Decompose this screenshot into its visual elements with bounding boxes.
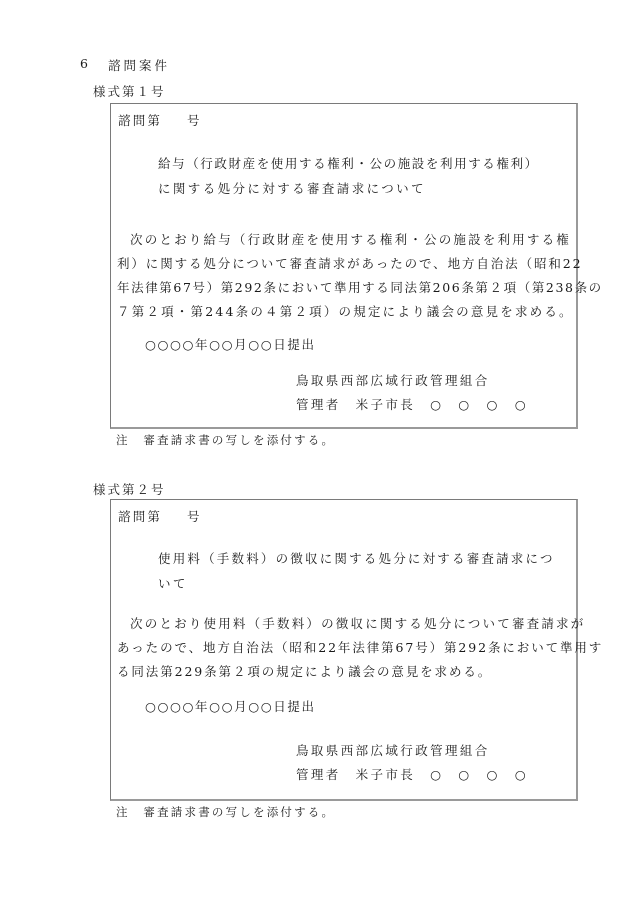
form-1-body-line-4: ７第２項・第244条の４第２項）の規定により議会の意見を求める。 bbox=[117, 302, 574, 320]
form-1-note: 注 審査請求書の写しを添付する。 bbox=[116, 432, 335, 448]
form-1-organization: 鳥取県西部広域行政管理組合 bbox=[296, 371, 490, 389]
form-2-inquiry-prefix: 諮問第 bbox=[118, 507, 162, 525]
form-2-organization: 鳥取県西部広域行政管理組合 bbox=[296, 741, 490, 759]
form-1-label: 様式第１号 bbox=[93, 82, 166, 100]
form-1-date-line: ○○○○年○○月○○日提出 bbox=[145, 335, 316, 353]
form-2-title-line-1: 使用料（手数料）の徴収に関する処分に対する審査請求につ bbox=[158, 549, 555, 567]
form-2-body-line-2: あったので、地方自治法（昭和22年法律第67号）第292条において準用す bbox=[117, 638, 603, 656]
form-1-inquiry-prefix: 諮問第 bbox=[118, 111, 162, 129]
form-2-label: 様式第２号 bbox=[93, 480, 166, 498]
form-2-inquiry-suffix: 号 bbox=[187, 507, 202, 525]
form-1-signatory: 管理者 米子市長 ○ ○ ○ ○ bbox=[296, 395, 528, 413]
form-1-title-line-2: に関する処分に対する審査請求について bbox=[158, 179, 426, 197]
form-1-inquiry-suffix: 号 bbox=[187, 111, 202, 129]
form-1-body-line-3: 年法律第67号）第292条において準用する同法第206条第２項（第238条の bbox=[117, 278, 603, 296]
section-number: 6 bbox=[80, 56, 90, 71]
form-1-body-line-1: 次のとおり給与（行政財産を使用する権利・公の施設を利用する権 bbox=[130, 230, 571, 248]
form-2-note: 注 審査請求書の写しを添付する。 bbox=[116, 804, 335, 820]
form-2-signatory: 管理者 米子市長 ○ ○ ○ ○ bbox=[296, 765, 528, 783]
form-2-body-line-3: る同法第229条第２項の規定により議会の意見を求める。 bbox=[117, 662, 492, 680]
form-2-date-line: ○○○○年○○月○○日提出 bbox=[145, 697, 316, 715]
section-title: 諮問案件 bbox=[108, 56, 170, 74]
form-2-title-line-2: いて bbox=[158, 574, 188, 592]
form-1-title-line-1: 給与（行政財産を使用する権利・公の施設を利用する権利） bbox=[158, 154, 539, 172]
form-2-body-line-1: 次のとおり使用料（手数料）の徴収に関する処分について審査請求が bbox=[130, 614, 585, 632]
form-1-body-line-2: 利）に関する処分について審査請求があったので、地方自治法（昭和22 bbox=[117, 254, 582, 272]
